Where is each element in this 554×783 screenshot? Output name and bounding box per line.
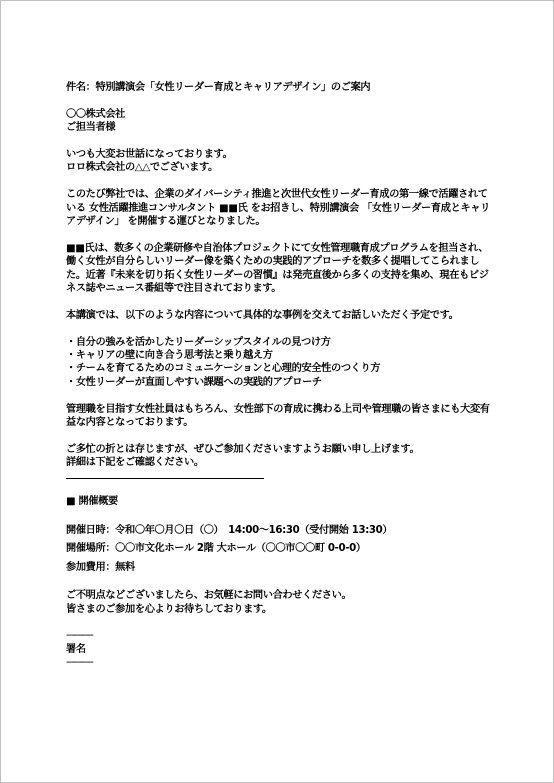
overview-heading: ■ 開催概要 [66, 495, 496, 508]
greeting-line-2: ロロ株式会社の△△でございます。 [66, 161, 496, 174]
topic-item: ・自分の強みを活かしたリーダーシップスタイルの見つけ方 [66, 336, 496, 349]
signature-dashes-bottom: ---------- [66, 656, 496, 669]
speaker-paragraph: ■■氏は、数多くの企業研修や自治体プロジェクトにて女性管理職育成プログラムを担当… [66, 242, 496, 296]
contact-line-2: 皆さまのご参加を心よりお待ちしております。 [66, 603, 496, 616]
subject-line: 件名：特別講演会「女性リーダー育成とキャリアデザイン」のご案内 [66, 81, 496, 94]
section-divider [66, 478, 264, 479]
topic-item: ・女性リーダーが直面しやすい課題への実践的アプローチ [66, 376, 496, 389]
recipient-company: 〇〇株式会社 [66, 108, 496, 121]
signature-dashes-top: ---------- [66, 629, 496, 642]
topics-intro: 本講演では、以下のような内容について具体的な事例を交えてお話しいただく予定です。 [66, 309, 496, 322]
overview-fee: 参加費用：無料 [66, 561, 496, 574]
greeting-line-1: いつも大変お世話になっております。 [66, 148, 496, 161]
intro-paragraph: このたび弊社では、企業のダイバーシティ推進と次世代女性リーダー育成の第一線で活躍… [66, 188, 496, 228]
topic-item: ・キャリアの壁に向き合う思考法と乗り越え方 [66, 349, 496, 362]
closing-request-2: 詳細は下記をご確認ください。 [66, 456, 496, 469]
email-body: 件名：特別講演会「女性リーダー育成とキャリアデザイン」のご案内 〇〇株式会社 ご… [66, 81, 496, 670]
topic-item: ・チームを育てるためのコミュニケーションと心理的安全性のつくり方 [66, 362, 496, 375]
recipient-person: ご担当者様 [66, 121, 496, 134]
audience-paragraph: 管理職を目指す女性社員はもちろん、女性部下の育成に携わる上司や管理職の皆さまにも… [66, 403, 496, 430]
signature-label: 署名 [66, 643, 496, 656]
overview-venue: 開催場所：〇〇市文化ホール 2階 大ホール（〇〇市〇〇町 0-0-0） [66, 542, 496, 555]
overview-datetime: 開催日時：令和〇年〇月〇日（〇） 14:00～16:30（受付開始 13:30） [66, 524, 496, 537]
closing-request-1: ご多忙の折とは存じますが、ぜひご参加くださいますようお願い申し上げます。 [66, 443, 496, 456]
contact-line-1: ご不明点などございましたら、お気軽にお問い合わせください。 [66, 589, 496, 602]
topics-list: ・自分の強みを活かしたリーダーシップスタイルの見つけ方 ・キャリアの壁に向き合う… [66, 336, 496, 390]
document-page: 件名：特別講演会「女性リーダー育成とキャリアデザイン」のご案内 〇〇株式会社 ご… [0, 0, 554, 783]
